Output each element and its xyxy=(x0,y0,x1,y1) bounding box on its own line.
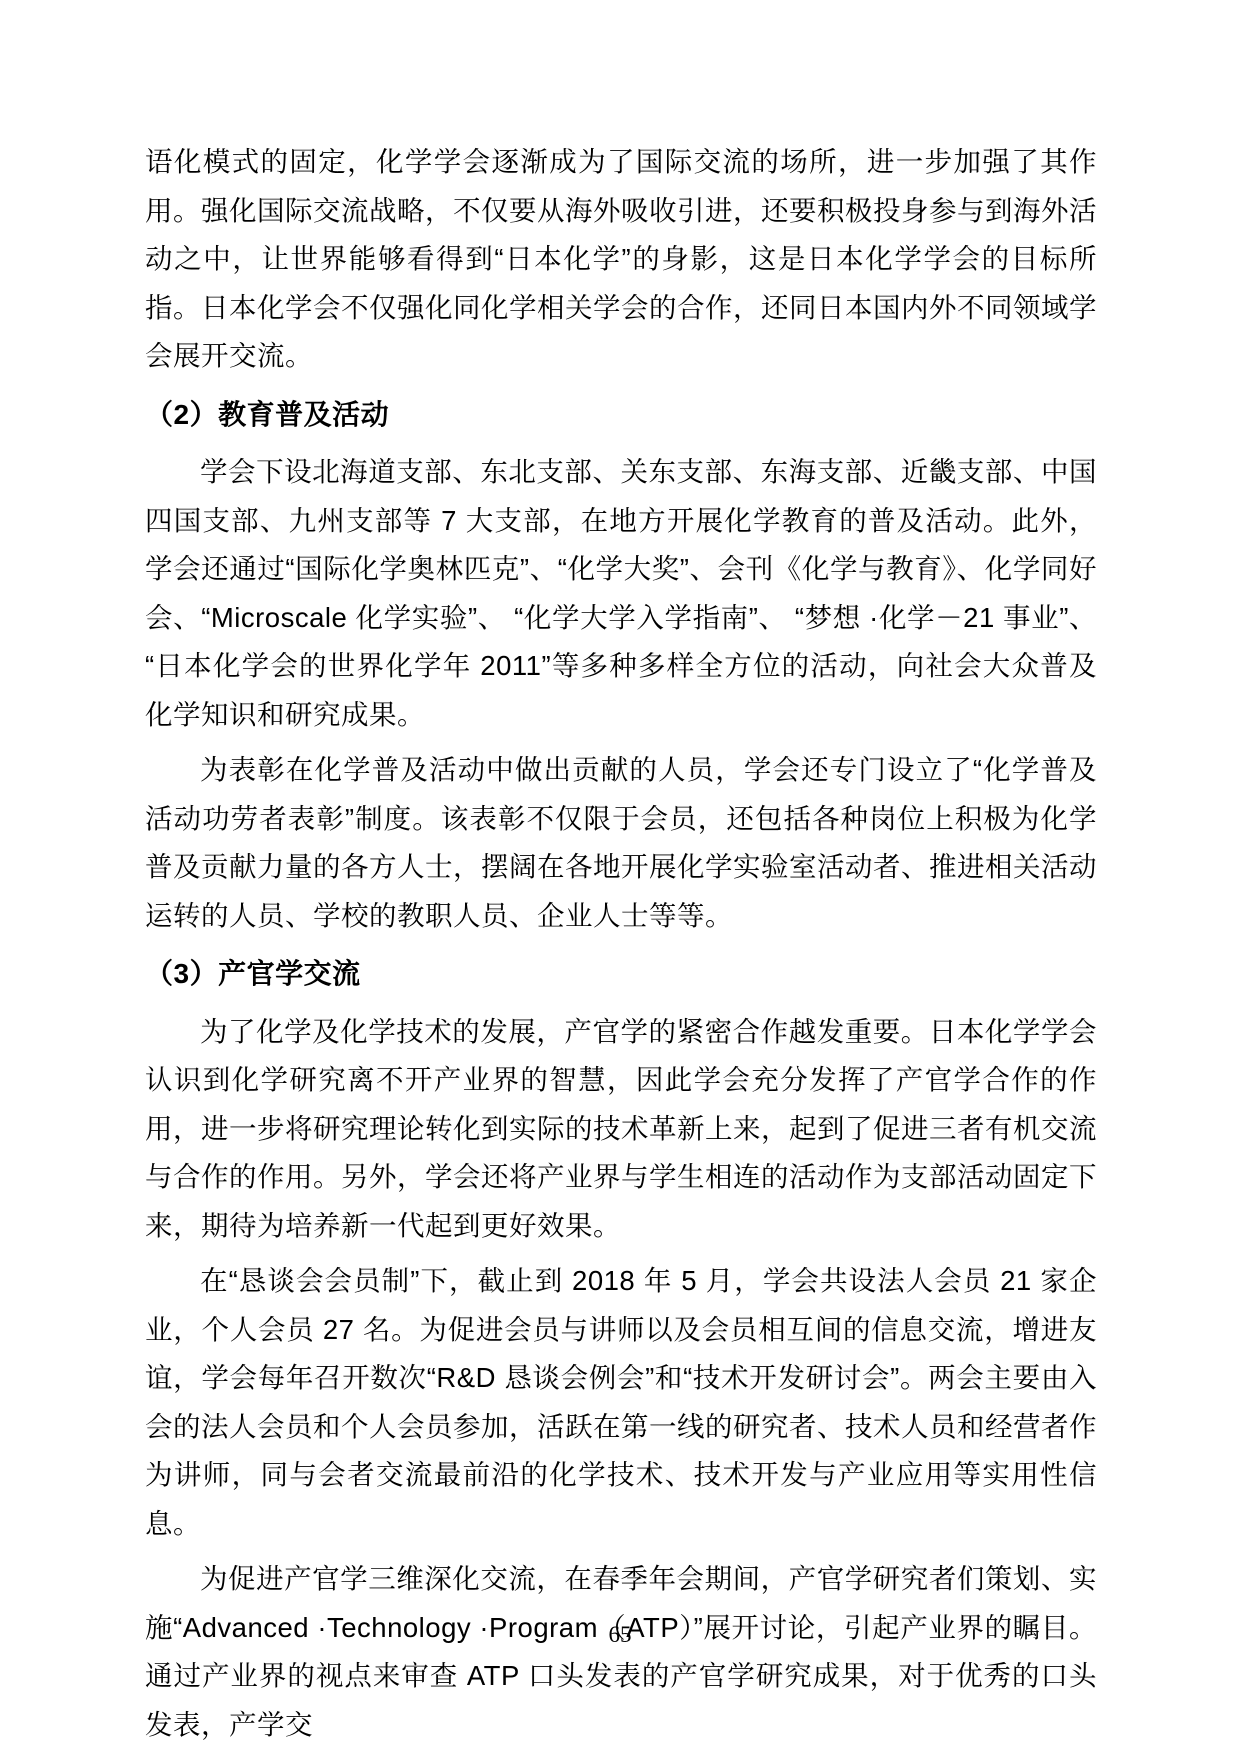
paragraph: 为促进产官学三维深化交流，在春季年会期间，产官学研究者们策划、实施“Advanc… xyxy=(145,1555,1097,1749)
paragraph: 为了化学及化学技术的发展，产官学的紧密合作越发重要。日本化学学会认识到化学研究离… xyxy=(145,1008,1097,1251)
section-heading: （3）产官学交流 xyxy=(145,950,1097,999)
paragraph: 语化模式的固定，化学学会逐渐成为了国际交流的场所，进一步加强了其作用。强化国际交… xyxy=(145,138,1097,381)
page-number: 65 xyxy=(0,1622,1240,1648)
document-body: 语化模式的固定，化学学会逐渐成为了国际交流的场所，进一步加强了其作用。强化国际交… xyxy=(145,138,1097,1753)
paragraph: 为表彰在化学普及活动中做出贡献的人员，学会还专门设立了“化学普及活动功劳者表彰”… xyxy=(145,746,1097,940)
section-heading: （2）教育普及活动 xyxy=(145,391,1097,440)
document-page: 语化模式的固定，化学学会逐渐成为了国际交流的场所，进一步加强了其作用。强化国际交… xyxy=(0,0,1240,1753)
paragraph: 在“恳谈会会员制”下，截止到 2018 年 5 月，学会共设法人会员 21 家企… xyxy=(145,1257,1097,1548)
paragraph: 学会下设北海道支部、东北支部、关东支部、东海支部、近畿支部、中国四国支部、九州支… xyxy=(145,448,1097,739)
